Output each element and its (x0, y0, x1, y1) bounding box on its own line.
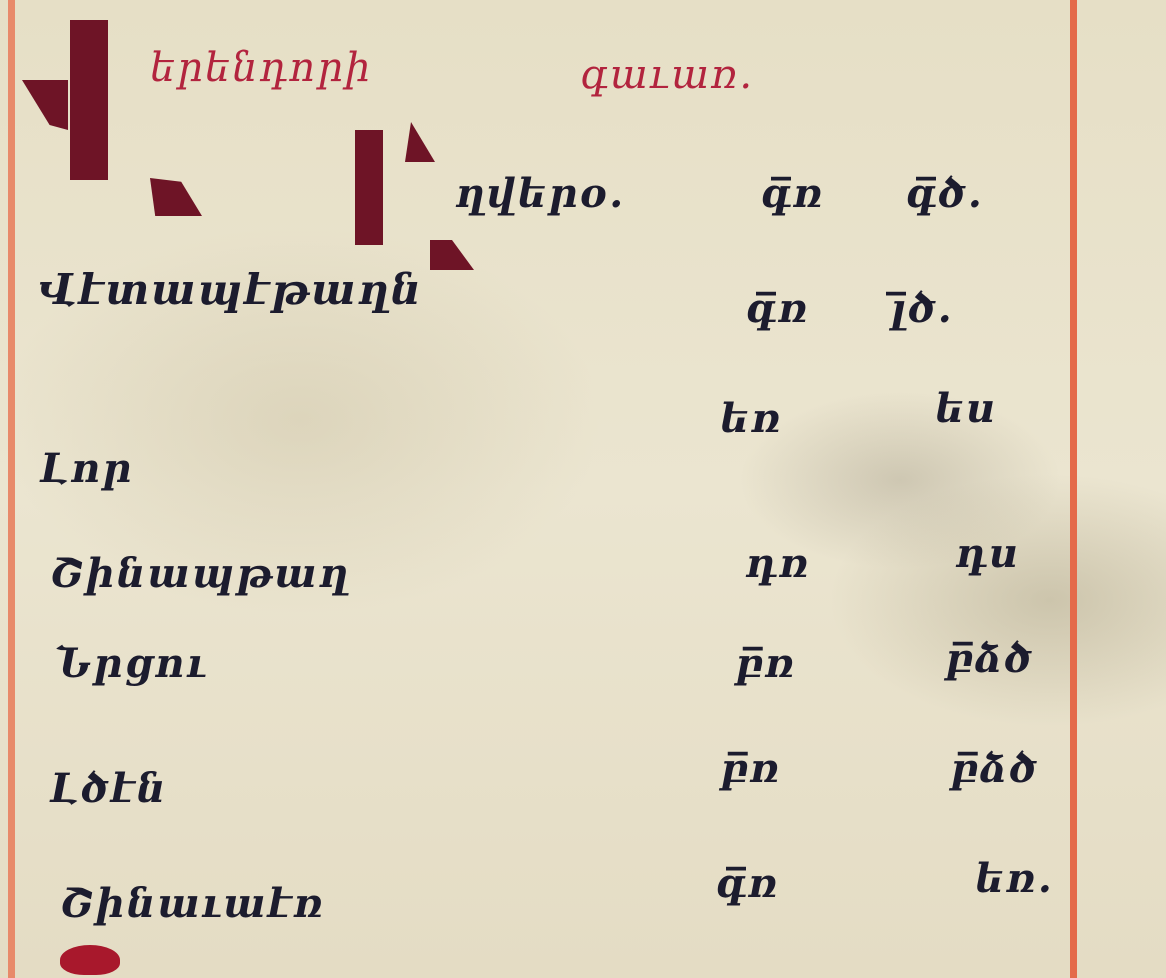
row-label: Վէտապէթաղն (38, 265, 423, 314)
row-col2: բ̅ձծ (945, 635, 1034, 682)
row-col2: ես (935, 385, 997, 432)
row-col1: բ̅ռ (720, 745, 782, 792)
row-col1: եռ (720, 395, 783, 442)
row-label: Շինապթաղ (50, 550, 350, 597)
second-initial-flag (405, 122, 435, 162)
decorated-initial-flag (22, 80, 68, 130)
row-col1: գ̅ռ (745, 285, 810, 332)
second-initial-stem (355, 130, 383, 245)
ornament-drop-2 (430, 240, 474, 270)
red-flourish (60, 945, 120, 975)
row-col1: բ̅ռ (735, 640, 797, 687)
heading-word-1: երենդորի (150, 45, 372, 91)
row-col2: բ̅ձծ (950, 745, 1039, 792)
row-col1: դռ (745, 540, 811, 587)
decorated-initial-stem (70, 20, 108, 180)
entry-word: ղվերօ. (455, 170, 625, 217)
left-ruling-line (8, 0, 15, 978)
row-col1: գ̅ռ (715, 860, 780, 907)
row-label: Նրցու (55, 640, 208, 687)
entry-col1: գ̅ռ (760, 170, 825, 217)
right-ruling-line (1070, 0, 1077, 978)
entry-col2: գ̅ծ. (905, 170, 984, 217)
row-col2: դս (955, 530, 1020, 577)
row-label: Լծէն (50, 765, 167, 812)
row-col2: լ̅ծ. (890, 285, 954, 332)
row-label: Շինաւաէռ (60, 880, 325, 927)
ornament-drop (150, 178, 202, 216)
heading-word-2: գաւառ. (580, 52, 754, 98)
row-label: Լոր (40, 445, 133, 492)
row-col2: եռ. (975, 855, 1054, 902)
